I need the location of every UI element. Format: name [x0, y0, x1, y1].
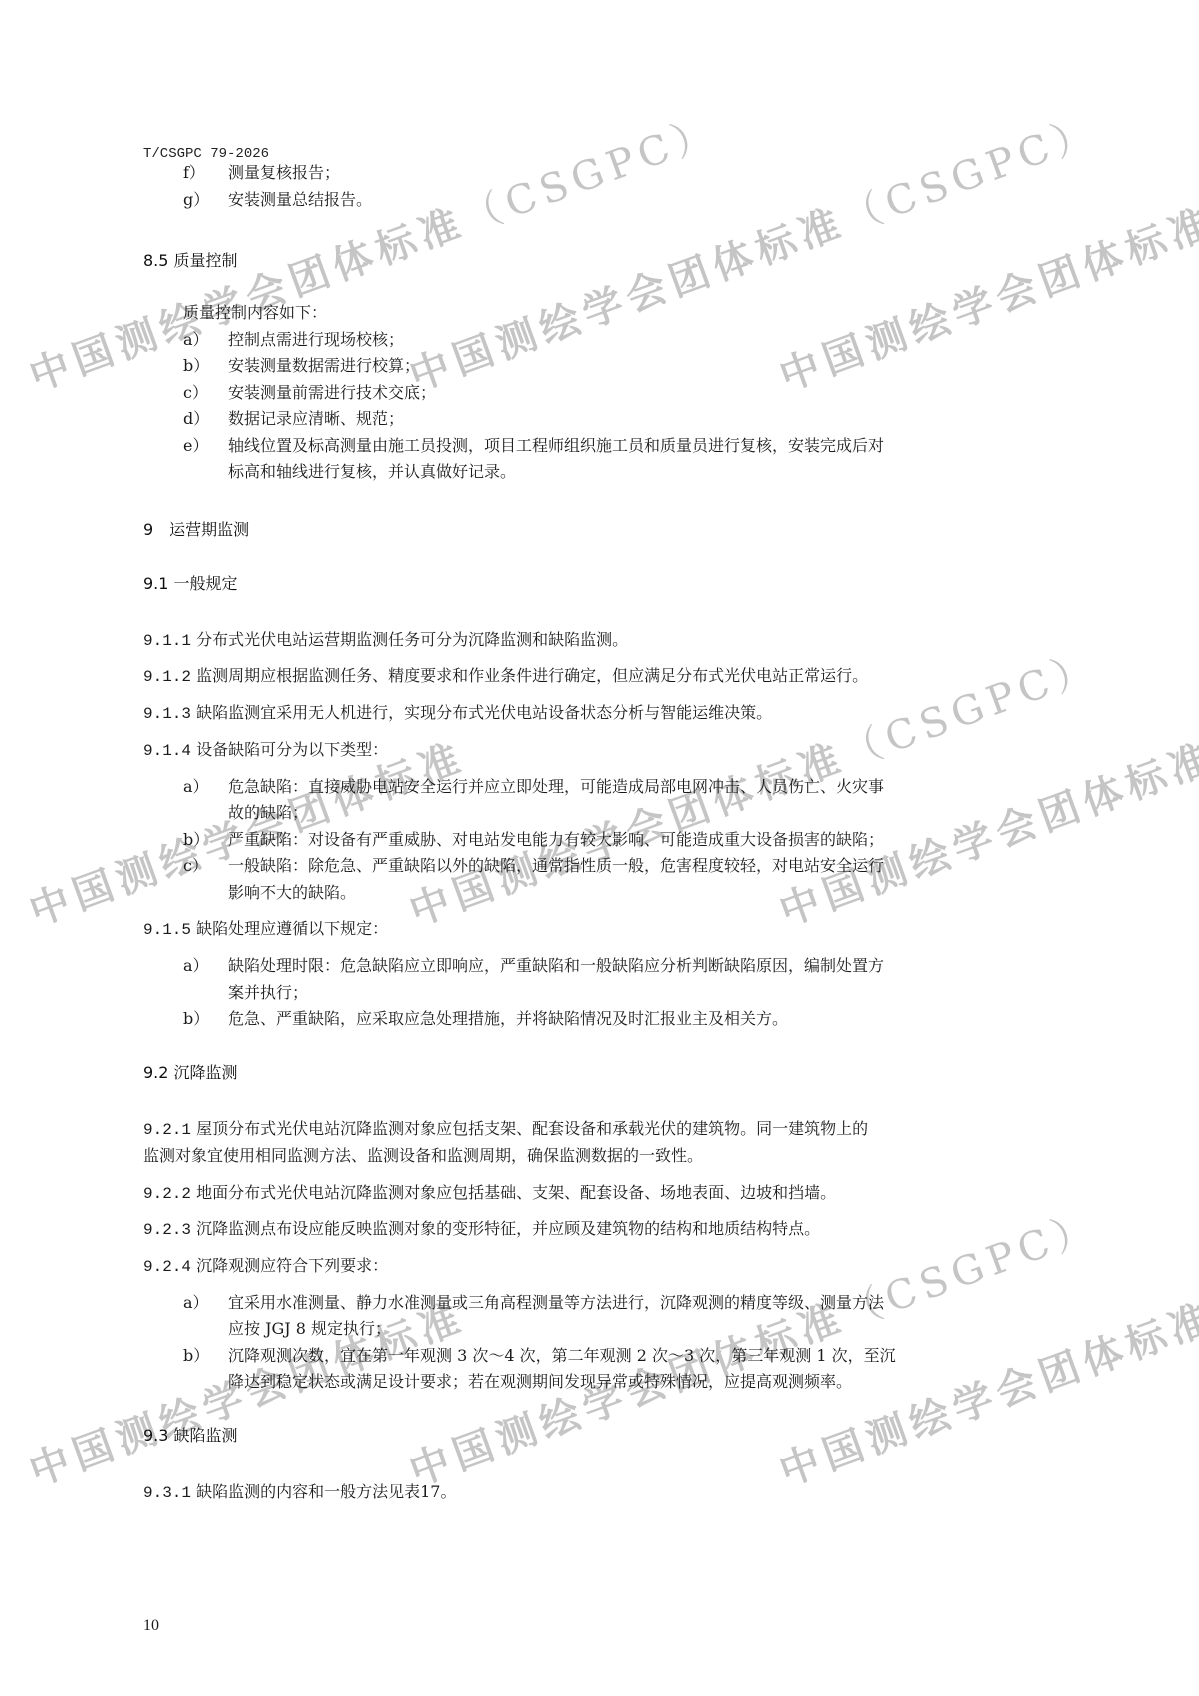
list-item: 测量复核报告；: [228, 163, 340, 183]
list-item: 安装测量前需进行技术交底；: [228, 383, 436, 403]
list-item: 宜采用水准测量、静力水准测量或三角高程测量等方法进行，沉降观测的精度等级、测量方…: [228, 1293, 884, 1313]
list-label: g）: [183, 190, 209, 210]
clause-9-1-1: 9.1.1 分布式光伏电站运营期监测任务可分为沉降监测和缺陷监测。: [143, 630, 628, 651]
list-item: 数据记录应清晰、规范；: [228, 409, 404, 429]
paragraph: 质量控制内容如下：: [183, 303, 327, 323]
list-item: 控制点需进行现场校核；: [228, 330, 404, 350]
document-id: T/CSGPC 79-2026: [143, 146, 269, 162]
list-item: 轴线位置及标高测量由施工员投测，项目工程师组织施工员和质量员进行复核，安装完成后…: [228, 436, 884, 456]
list-label: b）: [183, 1009, 209, 1029]
list-label: a）: [183, 1293, 209, 1313]
list-item: 缺陷处理时限：危急缺陷应立即响应，严重缺陷和一般缺陷应分析判断缺陷原因，编制处置…: [228, 956, 884, 976]
section-heading: 9.3 缺陷监测: [143, 1426, 238, 1446]
list-label: c）: [183, 383, 208, 403]
list-label: a）: [183, 956, 209, 976]
list-label: a）: [183, 330, 209, 350]
clause-9-2-1: 9.2.1 屋顶分布式光伏电站沉降监测对象应包括支架、配套设备和承载光伏的建筑物…: [143, 1119, 868, 1140]
page-number: 10: [143, 1617, 159, 1635]
list-label: e）: [183, 436, 208, 456]
section-heading: 9.1 一般规定: [143, 574, 238, 594]
chapter-heading: 9 运营期监测: [143, 520, 249, 540]
list-label: d）: [183, 409, 209, 429]
clause-9-2-2: 9.2.2 地面分布式光伏电站沉降监测对象应包括基础、支架、配套设备、场地表面、…: [143, 1183, 836, 1204]
list-item: 安装测量数据需进行校算；: [228, 356, 420, 376]
list-label: f）: [183, 163, 205, 183]
list-item-continuation: 应按 JGJ 8 规定执行；: [228, 1319, 391, 1339]
clause-9-2-3: 9.2.3 沉降监测点布设应能反映监测对象的变形特征，并应顾及建筑物的结构和地质…: [143, 1219, 820, 1240]
list-label: b）: [183, 1346, 209, 1366]
list-item: 安装测量总结报告。: [228, 190, 372, 210]
section-heading: 9.2 沉降监测: [143, 1063, 238, 1083]
list-item: 一般缺陷：除危急、严重缺陷以外的缺陷，通常指性质一般，危害程度较轻，对电站安全运…: [228, 856, 884, 876]
list-item-continuation: 案并执行；: [228, 983, 308, 1003]
list-item: 严重缺陷：对设备有严重威胁、对电站发电能力有较大影响、可能造成重大设备损害的缺陷…: [228, 830, 884, 850]
list-item-continuation: 影响不大的缺陷。: [228, 883, 356, 903]
clause-9-1-4: 9.1.4 设备缺陷可分为以下类型：: [143, 740, 388, 761]
section-heading: 8.5 质量控制: [143, 251, 238, 271]
watermark: 中国测绘学会团体标准: [771, 191, 1199, 402]
list-item-continuation: 标高和轴线进行复核，并认真做好记录。: [228, 462, 516, 482]
clause-9-1-2: 9.1.2 监测周期应根据监测任务、精度要求和作业条件进行确定，但应满足分布式光…: [143, 666, 868, 687]
clause-9-2-1-continuation: 监测对象宜使用相同监测方法、监测设备和监测周期，确保监测数据的一致性。: [143, 1146, 703, 1166]
document-page: 中国测绘学会团体标准（CSGPC） 中国测绘学会团体标准（CSGPC） 中国测绘…: [0, 0, 1199, 1696]
list-item: 危急缺陷：直接威胁电站安全运行并应立即处理，可能造成局部电网冲击、人员伤亡、火灾…: [228, 777, 884, 797]
watermark: 中国测绘学会团体标准（CSGPC）: [401, 99, 1106, 402]
list-item-continuation: 故的缺陷；: [228, 803, 308, 823]
list-item: 危急、严重缺陷，应采取应急处理措施，并将缺陷情况及时汇报业主及相关方。: [228, 1009, 788, 1029]
list-item-continuation: 降达到稳定状态或满足设计要求；若在观测期间发现异常或特殊情况，应提高观测频率。: [228, 1372, 852, 1392]
clause-9-1-3: 9.1.3 缺陷监测宜采用无人机进行，实现分布式光伏电站设备状态分析与智能运维决…: [143, 703, 772, 724]
clause-9-2-4: 9.2.4 沉降观测应符合下列要求：: [143, 1256, 388, 1277]
list-label: b）: [183, 356, 209, 376]
clause-9-1-5: 9.1.5 缺陷处理应遵循以下规定：: [143, 919, 388, 940]
clause-9-3-1: 9.3.1 缺陷监测的内容和一般方法见表17。: [143, 1482, 456, 1503]
list-item: 沉降观测次数，宜在第一年观测 3 次～4 次，第二年观测 2 次～3 次，第三年…: [228, 1346, 896, 1366]
list-label: c）: [183, 856, 208, 876]
list-label: b）: [183, 830, 209, 850]
list-label: a）: [183, 777, 209, 797]
